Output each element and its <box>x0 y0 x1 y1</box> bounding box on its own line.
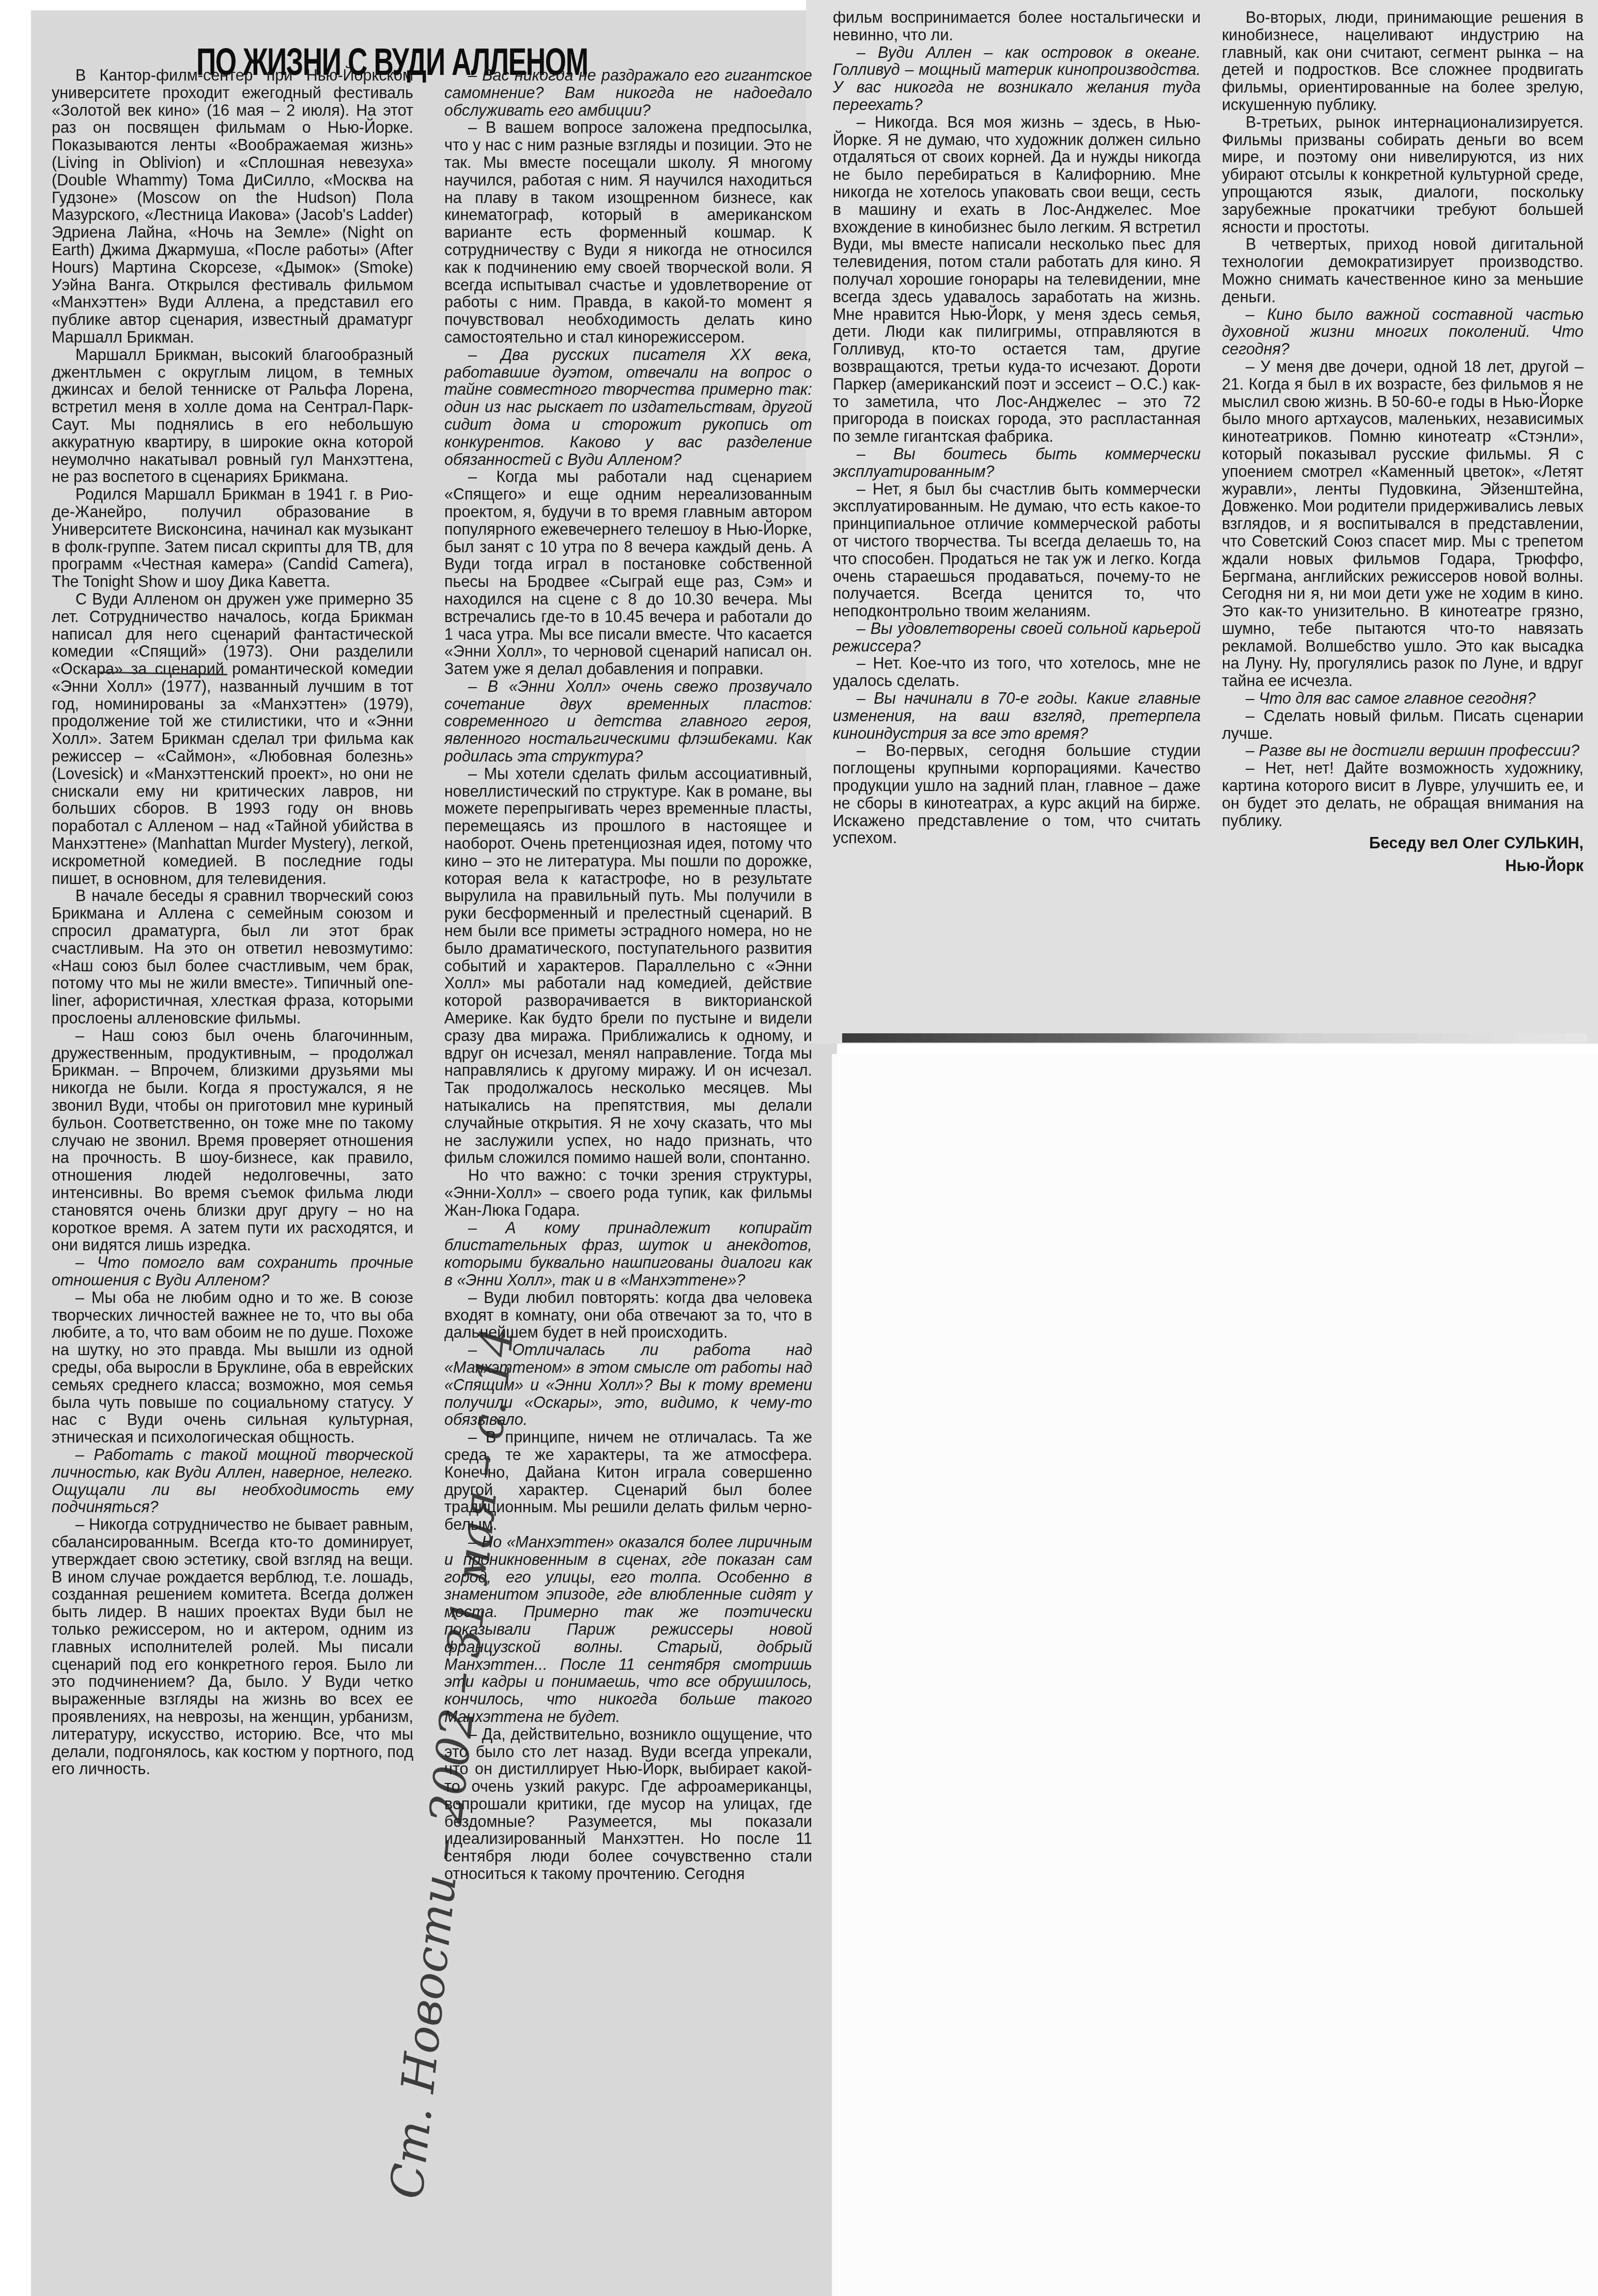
interview-question: – Что помогло вам сохранить прочные отно… <box>52 1254 413 1290</box>
paragraph: – Сделать новый фильм. Писать сценарии л… <box>1222 708 1584 743</box>
paragraph: – Нет, нет! Дайте возможность художнику,… <box>1222 760 1584 830</box>
paragraph: В-третьих, рынок интернационализируется.… <box>1222 114 1584 237</box>
paragraph: – Да, действительно, возникло ощущение, … <box>444 1726 812 1883</box>
paragraph: – Когда мы работали над сценарием «Спяще… <box>444 469 812 678</box>
paragraph: Маршалл Брикман, высокий благообразный д… <box>52 347 413 486</box>
column-4: Во-вторых, люди, принимающие решения в к… <box>1222 9 1584 875</box>
paragraph: – Мы хотели сделать фильм ассоциативный,… <box>444 766 812 1167</box>
interview-question: – Что для вас самое главное сегодня? <box>1222 690 1584 708</box>
paragraph: – Никогда. Вся моя жизнь – здесь, в Нью-… <box>833 114 1201 446</box>
paragraph: – Нет. Кое-что из того, что хотелось, мн… <box>833 655 1201 690</box>
paragraph: – Нет, я был бы счастлив быть коммерческ… <box>833 481 1201 620</box>
paragraph: В четвертых, приход новой дигитальной те… <box>1222 236 1584 306</box>
paragraph: Но что важно: с точки зрения структуры, … <box>444 1167 812 1219</box>
paragraph: – Наш союз был очень благочинным, дружес… <box>52 1028 413 1254</box>
interview-question: – Вас никогда не раздражало его гигантск… <box>444 67 812 119</box>
column-2: – Вас никогда не раздражало его гигантск… <box>444 67 812 1883</box>
byline-line2: Нью-Йорк <box>1222 858 1584 875</box>
paragraph: – Мы оба не любим одно и то же. В союзе … <box>52 1290 413 1447</box>
paragraph: В Кантор-филм-сентер при Нью-Йоркском ун… <box>52 67 413 347</box>
column-1: В Кантор-филм-сентер при Нью-Йоркском ун… <box>52 67 413 1778</box>
paragraph: Во-вторых, люди, принимающие решения в к… <box>1222 9 1584 114</box>
interview-question: – Два русских писателя XX века, работавш… <box>444 347 812 469</box>
paragraph: В начале беседы я сравнил творческий сою… <box>52 888 413 1027</box>
paragraph: С Вуди Алленом он дружен уже примерно 35… <box>52 591 413 888</box>
paragraph: фильм воспринимается более ностальгическ… <box>833 9 1201 44</box>
blank-scan-area <box>832 1054 1598 2296</box>
interview-question: – Вуди Аллен – как островок в океане. Го… <box>833 44 1201 114</box>
interview-question: – Вы боитесь быть коммерчески эксплуатир… <box>833 446 1201 481</box>
interview-question: – Работать с такой мощной творческой лич… <box>52 1447 413 1516</box>
interview-question: – Разве вы не достигли вершин профессии? <box>1222 742 1584 760</box>
interview-question: – В «Энни Холл» очень свежо прозвучало с… <box>444 678 812 766</box>
paragraph: – Во-первых, сегодня большие студии погл… <box>833 742 1201 847</box>
paragraph: Родился Маршалл Брикман в 1941 г. в Рио-… <box>52 486 413 591</box>
interview-question: – Кино было важной составной частью духо… <box>1222 306 1584 359</box>
byline-line1: Беседу вел Олег СУЛЬКИН, <box>1222 835 1584 852</box>
interview-question: – А кому принадлежит копирайт блистатель… <box>444 1220 812 1290</box>
column-3: фильм воспринимается более ностальгическ… <box>833 9 1201 847</box>
paragraph: – У меня две дочери, одной 18 лет, друго… <box>1222 359 1584 690</box>
interview-question: – Вы удовлетворены своей сольной карьеро… <box>833 620 1201 656</box>
paragraph: – В вашем вопросе заложена предпосылка, … <box>444 119 812 346</box>
bottom-rule <box>842 1033 1586 1043</box>
interview-question: – Вы начинали в 70-е годы. Какие главные… <box>833 690 1201 742</box>
paragraph: – Никогда сотрудничество не бывает равны… <box>52 1516 413 1778</box>
